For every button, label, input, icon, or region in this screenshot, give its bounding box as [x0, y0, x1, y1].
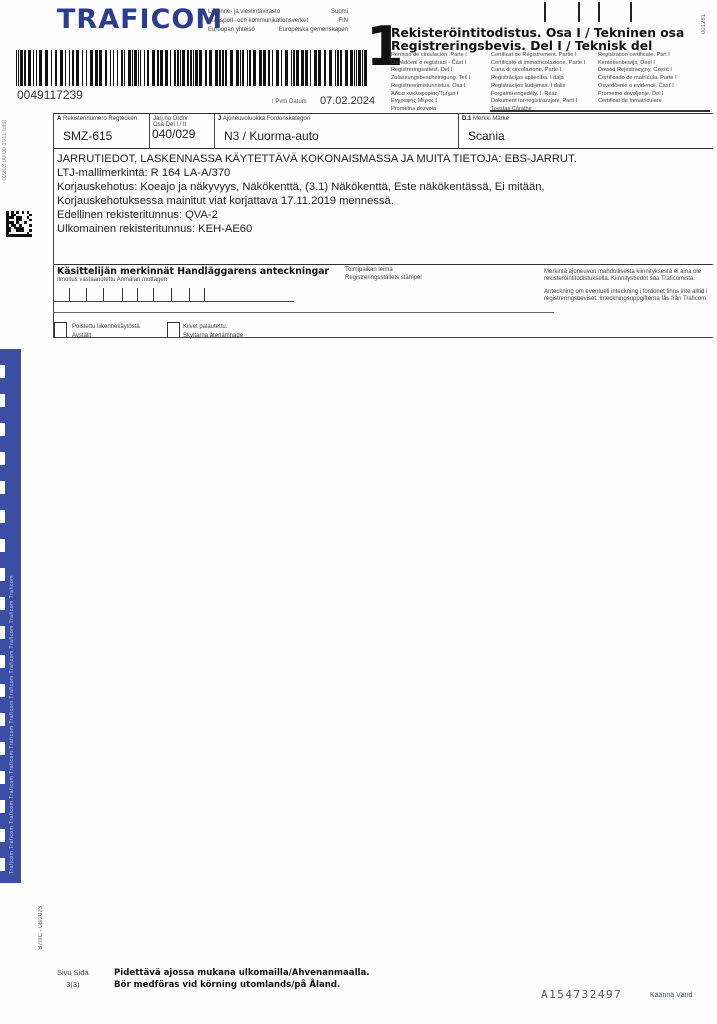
strip-dash [0, 510, 5, 523]
language-title: Kentekenbewijs. Deel I [598, 60, 677, 68]
vehicle-category-value: N3 / Kuorma-auto [224, 129, 319, 143]
strip-dash [0, 655, 5, 668]
security-strip-text: Traficom Traficom Traficom Traficom Traf… [9, 359, 15, 874]
strip-dash [0, 626, 5, 639]
language-title: Dowód Rejestracyjny. Część I [598, 67, 677, 75]
strip-dash [0, 365, 5, 378]
strip-dash [0, 829, 5, 842]
datamatrix-code [6, 211, 32, 237]
order-number-value: 040/029 [152, 127, 195, 141]
agency-country-2: FIN [338, 17, 348, 26]
language-titles-col1: Permiso de circulación. Parte IOsvědčení… [391, 52, 470, 114]
agency-line-3: Euroopan yhteisö [208, 26, 255, 35]
language-titles-col3: Registration certificate. Part IKenteken… [598, 52, 677, 106]
barcode-number: 0049117239 [17, 88, 83, 102]
remark-line: JARRUTIEDOT, LASKENNASSA KÄYTETTÄVÄ KOKO… [57, 152, 713, 166]
side-code: 02203 00 00 1011 tulst [2, 120, 8, 181]
language-title: Osvedčenie o evidencii. Časť I [598, 83, 677, 91]
lien-note-sv: Anteckning om eventuell inteckning i for… [544, 289, 714, 303]
stamp-label: Toimipaikan leima Registreringsställets … [345, 267, 422, 282]
handler-subtitle: Ilmoitus vastaanotettu Anmälan mottagen [57, 277, 167, 283]
remark-line: LTJ-mallimerkintä: R 164 LA-A/370 [57, 166, 713, 180]
decommissioned-checkbox[interactable] [54, 322, 67, 338]
strip-dash [0, 423, 5, 436]
side-number: 001281 [701, 14, 707, 34]
language-title: Forgalmi engedély. I. Rész [491, 91, 585, 99]
language-title: Permiso de circulación. Parte I [391, 52, 470, 60]
page-value: 3(3) [57, 979, 89, 991]
language-title: Osvědčení o registraci - Část I [391, 60, 470, 68]
strip-dash [0, 684, 5, 697]
registration-form: A Rekisterinumero Regtecken SMZ-615 Järj… [53, 113, 713, 338]
stamp-label-sv: Registreringsställets stämpel [345, 275, 422, 283]
decommissioned-label-sv: Avställt [72, 332, 140, 341]
strip-dash [0, 597, 5, 610]
remark-line: Edellinen rekisteritunnus: QVA-2 [57, 208, 713, 222]
strip-dash [0, 394, 5, 407]
language-title: Certificat de înmatriculare [598, 98, 677, 106]
language-title: Zulassungsbescheinigung. Teil I [391, 75, 470, 83]
field-code: A [57, 116, 61, 122]
language-title: Εγγραφής Μέρος Ι [391, 98, 470, 106]
make-value: Scania [468, 129, 505, 143]
language-title: Registreringsattest. Del I [391, 67, 470, 75]
field-make: D.1 Merkki Märke Scania [459, 114, 714, 149]
turn-page-label[interactable]: Käännä Vänd [650, 992, 692, 999]
lien-note-fi: Merkintä ajoneuvon mahdollisesta kiinnit… [544, 269, 714, 283]
date-value: 07.02.2024 [320, 95, 375, 107]
page-indicator: Sivu Sida 3(3) [57, 967, 89, 991]
barcode [16, 50, 371, 86]
handler-title: Käsittelijän merkinnät Handläggarens ant… [57, 266, 329, 277]
remark-line: Ulkomainen rekisteritunnus: KEH-AE60 [57, 222, 713, 236]
language-title: Certificado de matrícula. Parte I [598, 75, 677, 83]
registration-tag-value: SMZ-615 [63, 129, 112, 143]
footer-message-sv: Bör medföras vid körning utomlands/på Ål… [114, 979, 370, 991]
field-label: Merkki Märke [473, 116, 509, 122]
language-title: Reģistrācijas apliecība. I daļa [491, 75, 585, 83]
strip-dash [0, 452, 5, 465]
language-title: Dokument tar-reġistrazzjoni, Parti I [491, 98, 585, 106]
strip-dash [0, 742, 5, 755]
field-label: Ajoneuvoluokka Fordonskategori [223, 116, 310, 122]
agency-country-3: Europeiska gemenskapen [279, 26, 348, 35]
divider-line [54, 312, 554, 313]
language-title: Certificat de Régistrement. Partie I [491, 52, 585, 60]
field-code: D.1 [462, 116, 471, 122]
agency-line-2: Transport- och kommunikationsverket [208, 17, 308, 26]
field-vehicle-category: J Ajoneuvoluokka Fordonskategori N3 / Ku… [215, 114, 459, 149]
language-title: Registreerimistunnistus. Osa I [391, 83, 470, 91]
date-label: I Pvm Datum [272, 99, 307, 105]
field-order-number: Järj.no OrdnrOsa Del I / II 040/029 [150, 114, 215, 149]
serial-number: A154732497 [541, 988, 622, 1001]
tick-marks [540, 0, 660, 24]
stamp-label-fi: Toimipaikan leima [345, 267, 422, 275]
remark-line: Korjauskehotus: Koeajo ja näkyvyys, Näkö… [57, 180, 713, 194]
page-label: Sivu Sida [57, 967, 89, 979]
decommissioned-label: Poistettu liikennekäytöstä Avställt [72, 323, 140, 341]
strip-dash [0, 858, 5, 871]
title-divider [490, 110, 710, 112]
strip-dash [0, 539, 5, 552]
footer-message-fi: Pidettävä ajossa mukana ulkomailla/Ahven… [114, 967, 370, 979]
remark-line: Korjauskehotuksessa mainitut viat korjat… [57, 194, 713, 208]
date-entry-ticks[interactable] [54, 288, 254, 302]
language-titles-col2: Certificat de Régistrement. Partie ICert… [491, 52, 585, 114]
lien-note: Merkintä ajoneuvon mahdollisesta kiinnit… [544, 269, 714, 303]
remarks-section: JARRUTIEDOT, LASKENNASSA KÄYTETTÄVÄ KOKO… [54, 149, 713, 265]
strip-dash [0, 568, 5, 581]
plates-returned-label-fi: Kilvet palautettu. [183, 323, 243, 332]
handler-notes-section: Käsittelijän merkinnät Handläggarens ant… [54, 265, 713, 338]
footer-message: Pidettävä ajossa mukana ulkomailla/Ahven… [114, 967, 370, 991]
traficom-logo: TRAFICOM [57, 4, 223, 35]
strip-dash [0, 771, 5, 784]
strip-dash [0, 481, 5, 494]
decommissioned-label-fi: Poistettu liikennekäytöstä [72, 323, 140, 332]
language-title: Registration certificate. Part I [598, 52, 677, 60]
plates-returned-label: Kilvet palautettu. Skyltarna återlämnade [183, 323, 243, 341]
form-code: B7/IIC - 08/2023 [38, 906, 44, 950]
language-title: Carta di circolazione. Parte I [491, 67, 585, 75]
form-header-row: A Rekisterinumero Regtecken SMZ-615 Järj… [54, 113, 713, 149]
language-title: Registracijos liudijimas. I dalis [491, 83, 585, 91]
strip-dash [0, 713, 5, 726]
security-strip: Traficom Traficom Traficom Traficom Traf… [0, 349, 21, 883]
agency-country-1: Suomi [331, 8, 348, 17]
document-title-fi: Rekisteröintitodistus. Osa I / Tekninen … [391, 26, 684, 40]
plates-returned-checkbox[interactable] [167, 322, 180, 338]
field-code: J [218, 116, 221, 122]
strip-dash [0, 800, 5, 813]
field-registration-tag: A Rekisterinumero Regtecken SMZ-615 [54, 114, 150, 149]
plates-returned-label-sv: Skyltarna återlämnade [183, 332, 243, 341]
document-title-sv: Registreringsbevis. Del I / Teknisk del [391, 39, 652, 53]
field-label: Rekisterinumero Regtecken [63, 116, 137, 122]
language-title: Prometno dovoljenje. Del I [598, 91, 677, 99]
language-title: Certificato di immatricolazione. Parte I [491, 60, 585, 68]
agency-line-1: Liikenne- ja viestintävirasto [208, 8, 280, 17]
agency-info: Liikenne- ja viestintävirastoSuomi Trans… [208, 8, 348, 35]
